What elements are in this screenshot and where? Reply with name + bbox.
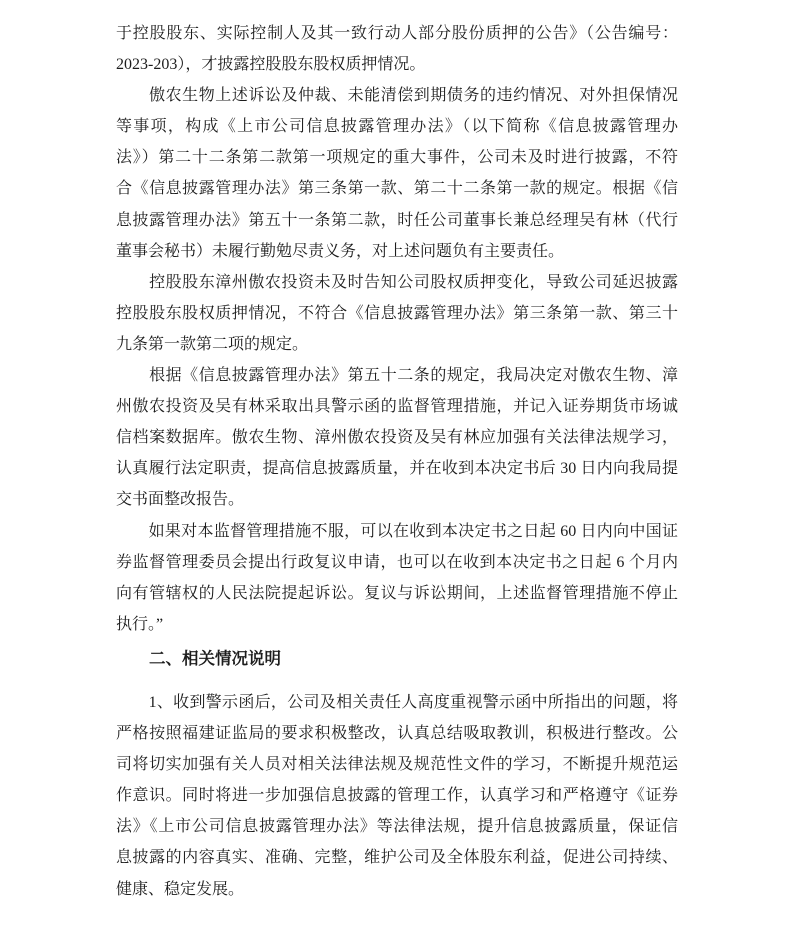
text-line: 交书面整改报告。: [116, 484, 678, 515]
text-line: 执行。”: [116, 609, 678, 640]
text-line: 法》《上市公司信息披露管理办法》等法律法规，提升信息披露质量，保证信: [116, 811, 678, 842]
text-line: 九条第一款第二项的规定。: [116, 329, 678, 360]
text-line: 作意识。同时将进一步加强信息披露的管理工作，认真学习和严格遵守《证券: [116, 780, 678, 811]
text-line: 法》）第二十二条第二款第一项规定的重大事件，公司未及时进行披露，不符: [116, 142, 678, 173]
text-line: 州傲农投资及吴有林采取出具警示函的监督管理措施，并记入证券期货市场诚: [116, 391, 678, 422]
text-line: 司将切实加强有关人员对相关法律法规及规范性文件的学习，不断提升规范运: [116, 749, 678, 780]
text-line: 控股股东股权质押情况，不符合《信息披露管理办法》第三条第一款、第三十: [116, 298, 678, 329]
text-line: 认真履行法定职责，提高信息披露质量，并在收到本决定书后 30 日内向我局提: [116, 453, 678, 484]
paragraph: 1、收到警示函后，公司及相关责任人高度重视警示函中所指出的问题，将严格按照福建证…: [116, 687, 678, 905]
paragraph: 于控股股东、实际控制人及其一致行动人部分股份质押的公告》（公告编号：2023-2…: [116, 18, 678, 80]
text-line: 控股股东漳州傲农投资未及时告知公司股权质押变化，导致公司延迟披露: [116, 267, 678, 298]
text-line: 向有管辖权的人民法院提起诉讼。复议与诉讼期间，上述监督管理措施不停止: [116, 578, 678, 609]
text-line: 息披露管理办法》第五十一条第二款，时任公司董事长兼总经理吴有林（代行: [116, 205, 678, 236]
paragraph: 根据《信息披露管理办法》第五十二条的规定，我局决定对傲农生物、漳州傲农投资及吴有…: [116, 360, 678, 515]
text-line: 如果对本监督管理措施不服，可以在收到本决定书之日起 60 日内向中国证: [116, 516, 678, 547]
paragraph: 傲农生物上述诉讼及仲裁、未能清偿到期债务的违约情况、对外担保情况等事项，构成《上…: [116, 80, 678, 267]
text-line: 二、相关情况说明: [116, 644, 678, 675]
text-line: 等事项，构成《上市公司信息披露管理办法》（以下简称《信息披露管理办: [116, 111, 678, 142]
text-line: 息披露的内容真实、准确、完整，维护公司及全体股东利益，促进公司持续、: [116, 842, 678, 873]
text-line: 信档案数据库。傲农生物、漳州傲农投资及吴有林应加强有关法律法规学习，: [116, 422, 678, 453]
text-line: 根据《信息披露管理办法》第五十二条的规定，我局决定对傲农生物、漳: [116, 360, 678, 391]
text-line: 2023-203），才披露控股股东股权质押情况。: [116, 49, 678, 80]
text-line: 券监督管理委员会提出行政复议申请，也可以在收到本决定书之日起 6 个月内: [116, 547, 678, 578]
paragraph: 如果对本监督管理措施不服，可以在收到本决定书之日起 60 日内向中国证券监督管理…: [116, 516, 678, 640]
text-line: 于控股股东、实际控制人及其一致行动人部分股份质押的公告》（公告编号：: [116, 18, 678, 49]
text-line: 健康、稳定发展。: [116, 874, 678, 905]
text-line: 合《信息披露管理办法》第三条第一款、第二十二条第一款的规定。根据《信: [116, 173, 678, 204]
text-line: 1、收到警示函后，公司及相关责任人高度重视警示函中所指出的问题，将: [116, 687, 678, 718]
text-line: 严格按照福建证监局的要求积极整改，认真总结吸取教训，积极进行整改。公: [116, 718, 678, 749]
document-page: 于控股股东、实际控制人及其一致行动人部分股份质押的公告》（公告编号：2023-2…: [0, 0, 789, 930]
section-heading: 二、相关情况说明: [116, 644, 678, 675]
paragraph: 控股股东漳州傲农投资未及时告知公司股权质押变化，导致公司延迟披露控股股东股权质押…: [116, 267, 678, 360]
page-content: 于控股股东、实际控制人及其一致行动人部分股份质押的公告》（公告编号：2023-2…: [116, 18, 678, 905]
text-line: 傲农生物上述诉讼及仲裁、未能清偿到期债务的违约情况、对外担保情况: [116, 80, 678, 111]
text-line: 董事会秘书）未履行勤勉尽责义务，对上述问题负有主要责任。: [116, 236, 678, 267]
